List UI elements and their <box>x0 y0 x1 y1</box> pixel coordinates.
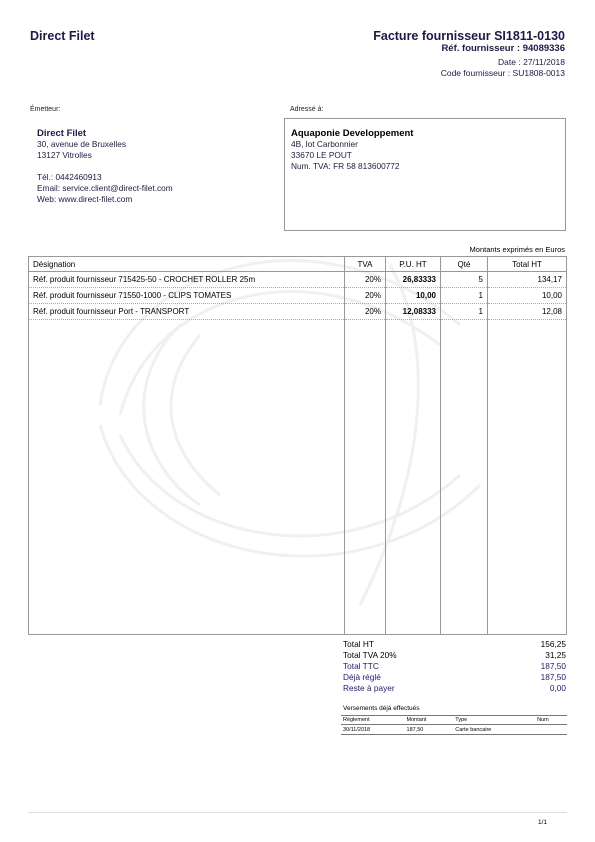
cell-pu: 12,08333 <box>386 304 441 320</box>
payment-amount: 187,50 <box>405 725 454 735</box>
total-label: Total HT <box>343 639 374 650</box>
footer-divider <box>28 812 567 813</box>
total-label: Total TTC <box>343 661 379 672</box>
total-value: 187,50 <box>541 661 566 672</box>
payments-table: Règlement Montant Type Num 30/11/2018187… <box>341 715 567 735</box>
recipient-address2: 33670 LE POUT <box>291 150 413 161</box>
pay-col-num: Num <box>535 716 567 725</box>
sender-address2: 13127 Vitrolles <box>37 150 173 161</box>
total-value: 187,50 <box>541 672 566 683</box>
total-value: 0,00 <box>550 683 566 694</box>
cell-qty: 5 <box>441 272 488 288</box>
total-value: 31,25 <box>545 650 566 661</box>
cell-qty: 1 <box>441 288 488 304</box>
total-label: Déjà réglé <box>343 672 381 683</box>
cell-pu: 26,83333 <box>386 272 441 288</box>
invoice-date: Date : 27/11/2018 <box>498 57 565 67</box>
recipient-name: Aquaponie Developpement <box>291 128 413 139</box>
recipient-block: Aquaponie Developpement 4B, lot Carbonni… <box>291 128 413 172</box>
table-row: Réf. produit fournisseur 715425-50 - CRO… <box>29 272 567 288</box>
col-qty: Qté <box>441 257 488 272</box>
sender-name: Direct Filet <box>37 128 173 139</box>
cell-pu: 10,00 <box>386 288 441 304</box>
total-value: 156,25 <box>541 639 566 650</box>
pay-col-amount: Montant <box>405 716 454 725</box>
cell-designation: Réf. produit fournisseur 71550-1000 - CL… <box>29 288 345 304</box>
col-total: Total HT <box>488 257 567 272</box>
cell-tva: 20% <box>345 272 386 288</box>
recipient-address1: 4B, lot Carbonnier <box>291 139 413 150</box>
recipient-label: Adressé à: <box>290 106 323 113</box>
pay-col-type: Type <box>453 716 535 725</box>
totals-block: Total HT156,25Total TVA 20%31,25Total TT… <box>343 639 566 694</box>
total-row: Total HT156,25 <box>343 639 566 650</box>
table-row: Réf. produit fournisseur 71550-1000 - CL… <box>29 288 567 304</box>
col-designation: Désignation <box>29 257 345 272</box>
total-label: Total TVA 20% <box>343 650 397 661</box>
payments-title: Versements déjà effectués <box>343 705 419 712</box>
currency-note: Montants exprimés en Euros <box>470 245 565 254</box>
total-label: Reste à payer <box>343 683 395 694</box>
sender-web: Web: www.direct-filet.com <box>37 194 173 205</box>
invoice-title: Facture fournisseur SI1811-0130 <box>373 29 565 43</box>
sender-label: Émetteur: <box>30 106 60 113</box>
sender-phone: Tél.: 0442460913 <box>37 172 173 183</box>
payment-date: 30/11/2018 <box>341 725 405 735</box>
col-pu: P.U. HT <box>386 257 441 272</box>
sender-address1: 30, avenue de Bruxelles <box>37 139 173 150</box>
payment-row: 30/11/2018187,50Carte bancaire <box>341 725 567 735</box>
table-row: Réf. produit fournisseur Port - TRANSPOR… <box>29 304 567 320</box>
total-row: Total TVA 20%31,25 <box>343 650 566 661</box>
total-row: Reste à payer0,00 <box>343 683 566 694</box>
total-row: Déjà réglé187,50 <box>343 672 566 683</box>
sender-block: Direct Filet 30, avenue de Bruxelles 131… <box>37 128 173 205</box>
cell-qty: 1 <box>441 304 488 320</box>
cell-designation: Réf. produit fournisseur Port - TRANSPOR… <box>29 304 345 320</box>
cell-total: 12,08 <box>488 304 567 320</box>
sender-email: Email: service.client@direct-filet.com <box>37 183 173 194</box>
col-tva: TVA <box>345 257 386 272</box>
cell-tva: 20% <box>345 288 386 304</box>
cell-designation: Réf. produit fournisseur 715425-50 - CRO… <box>29 272 345 288</box>
invoice-lines-table: Désignation TVA P.U. HT Qté Total HT Réf… <box>28 256 567 635</box>
pay-col-date: Règlement <box>341 716 405 725</box>
total-row: Total TTC187,50 <box>343 661 566 672</box>
payment-type: Carte bancaire <box>453 725 535 735</box>
cell-tva: 20% <box>345 304 386 320</box>
table-header-row: Désignation TVA P.U. HT Qté Total HT <box>29 257 567 272</box>
supplier-code: Code fournisseur : SU1808-0013 <box>441 68 565 78</box>
supplier-ref: Réf. fournisseur : 94089336 <box>441 43 565 54</box>
company-name: Direct Filet <box>30 29 95 43</box>
cell-total: 134,17 <box>488 272 567 288</box>
payment-num <box>535 725 567 735</box>
recipient-vat: Num. TVA: FR 58 813600772 <box>291 161 413 172</box>
cell-total: 10,00 <box>488 288 567 304</box>
page-number: 1/1 <box>538 819 547 826</box>
